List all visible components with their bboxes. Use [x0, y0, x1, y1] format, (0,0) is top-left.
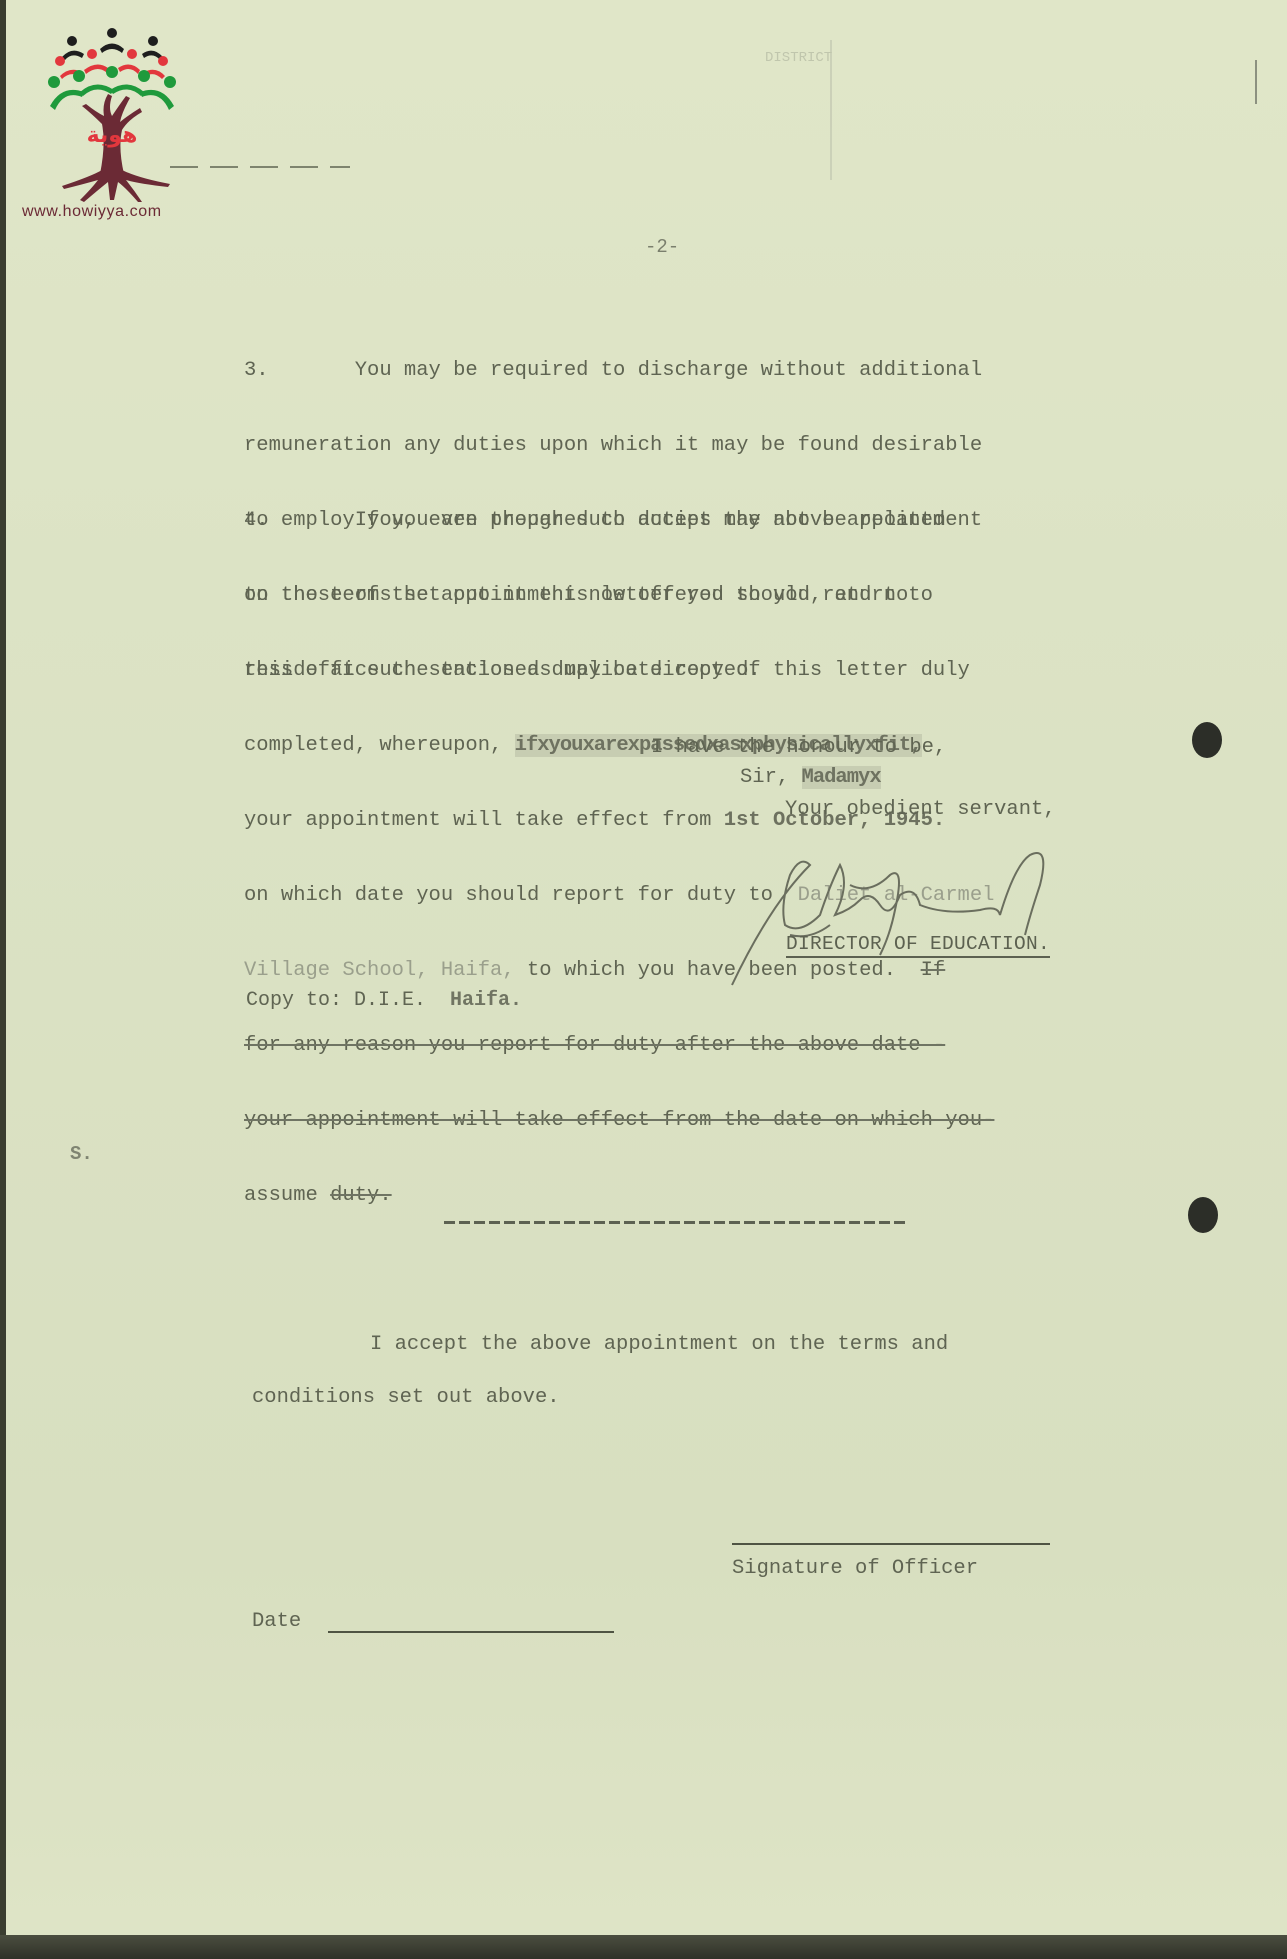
posting-place: Village School, Haifa,	[244, 959, 515, 982]
paragraph-4-line: 4. If you are prepared to accept the abo…	[244, 508, 994, 533]
text: completed, whereupon,	[244, 734, 515, 757]
paragraph-3-line: remuneration any duties upon which it ma…	[244, 433, 982, 458]
scan-bottom-edge	[0, 1935, 1287, 1959]
struck-line: your appointment will take effect from t…	[244, 1108, 994, 1133]
howiyya-wordmark: هوية	[87, 123, 138, 148]
faint-dash-marks	[170, 166, 350, 168]
struck-line: for any reason you report for duty after…	[244, 1033, 994, 1058]
howiyya-logo-icon: هوية	[22, 24, 202, 224]
paragraph-4-line: this office the enclosed duplicate copy …	[244, 658, 994, 683]
margin-note: S.	[70, 1143, 93, 1165]
closing-servant: Your obedient servant,	[785, 798, 1056, 821]
punch-hole	[1192, 722, 1222, 758]
struck-text: duty.	[330, 1184, 392, 1207]
text: on which date you should report for duty…	[244, 884, 798, 907]
paragraph-3-line: 3. You may be required to discharge with…	[244, 358, 982, 383]
closing-salutation: Sir, Madamyx	[740, 766, 881, 789]
punch-hole	[1188, 1197, 1218, 1233]
page-number: -2-	[645, 236, 679, 258]
closing-honour: I have the honour to be,	[651, 736, 946, 759]
signature-line	[732, 1543, 1050, 1545]
dashed-separator	[444, 1221, 908, 1224]
date-line	[328, 1631, 614, 1633]
signatory-title: DIRECTOR OF EDUCATION.	[786, 933, 1050, 958]
text: Sir,	[740, 766, 802, 789]
signature-label: Signature of Officer	[732, 1557, 978, 1580]
text: assume	[244, 1184, 330, 1207]
copy-to-label: Copy to: D.I.E.	[246, 989, 450, 1012]
date-label: Date	[252, 1610, 301, 1633]
faint-stamp-text: DISTRICT	[765, 50, 832, 66]
acceptance-line-1: I accept the above appointment on the te…	[370, 1333, 948, 1356]
crossed-out-text: Madamyx	[802, 766, 881, 789]
margin-mark	[1255, 60, 1257, 104]
faint-stamp: DISTRICT	[600, 40, 832, 180]
watermark-url: www.howiyya.com	[22, 203, 162, 221]
signature-icon	[730, 845, 1150, 995]
acceptance-line-2: conditions set out above.	[252, 1386, 560, 1409]
paragraph-4-line: on the terms set out in this letter you …	[244, 583, 994, 608]
copy-to: Copy to: D.I.E. Haifa.	[246, 989, 522, 1012]
text: your appointment will take effect from	[244, 809, 724, 832]
paragraph-4-line: assume duty.	[244, 1183, 994, 1208]
copy-to-place: Haifa.	[450, 989, 522, 1012]
